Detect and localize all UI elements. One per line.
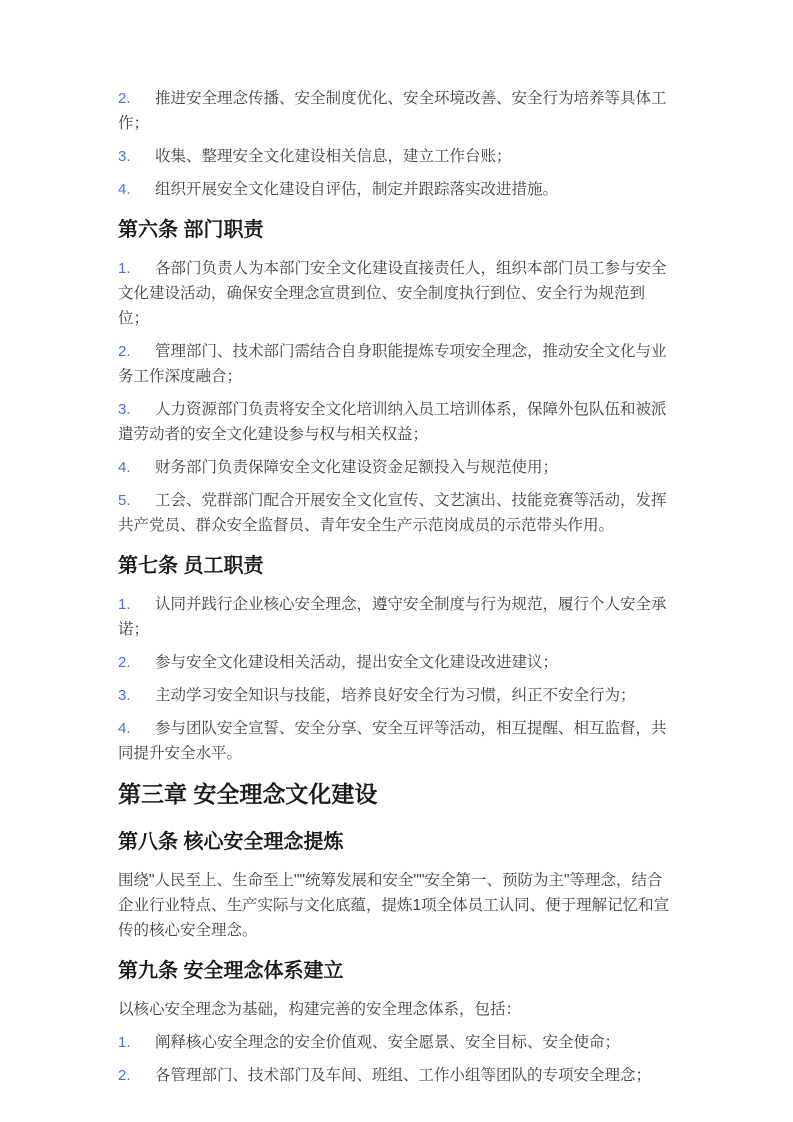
paragraph: 围绕"人民至上、生命至上""统筹发展和安全""安全第一、预防为主"等理念，结合企… xyxy=(118,868,675,943)
list-number: 3. xyxy=(118,683,155,708)
list-item-text: 推进安全理念传播、安全制度优化、安全环境改善、安全行为培养等具体工作； xyxy=(118,90,667,132)
list-item-text: 各管理部门、技术部门及车间、班组、工作小组等团队的专项安全理念； xyxy=(155,1067,651,1084)
list-item: 2.各管理部门、技术部门及车间、班组、工作小组等团队的专项安全理念； xyxy=(118,1063,675,1088)
list-item: 1.认同并践行企业核心安全理念，遵守安全制度与行为规范，履行个人安全承诺； xyxy=(118,592,675,642)
section-heading: 第六条 部门职责 xyxy=(118,216,675,244)
list-item: 3.主动学习安全知识与技能，培养良好安全行为习惯，纠正不安全行为； xyxy=(118,683,675,708)
list-item-text: 参与团队安全宣誓、安全分享、安全互评等活动，相互提醒、相互监督，共同提升安全水平… xyxy=(118,720,667,762)
list-item-text: 认同并践行企业核心安全理念，遵守安全制度与行为规范，履行个人安全承诺； xyxy=(118,596,667,638)
list-number: 2. xyxy=(118,650,155,675)
list-item-text: 主动学习安全知识与技能，培养良好安全行为习惯，纠正不安全行为； xyxy=(155,687,636,704)
paragraph: 以核心安全理念为基础，构建完善的安全理念体系，包括： xyxy=(118,997,675,1022)
list-item-text: 参与安全文化建设相关活动，提出安全文化建设改进建议； xyxy=(155,654,558,671)
list-number: 4. xyxy=(118,716,155,741)
list-number: 2. xyxy=(118,86,155,111)
list-number: 1. xyxy=(118,592,155,617)
list-item: 4.财务部门负责保障安全文化建设资金足额投入与规范使用； xyxy=(118,455,675,480)
list-item-text: 组织开展安全文化建设自评估，制定并跟踪落实改进措施。 xyxy=(155,181,558,198)
list-item-text: 各部门负责人为本部门安全文化建设直接责任人，组织本部门员工参与安全文化建设活动，… xyxy=(118,260,667,327)
document-body: 2.推进安全理念传播、安全制度优化、安全环境改善、安全行为培养等具体工作；3.收… xyxy=(0,0,793,1088)
list-item-text: 人力资源部门负责将安全文化培训纳入员工培训体系，保障外包队伍和被派遣劳动者的安全… xyxy=(118,401,667,443)
list-item: 2.推进安全理念传播、安全制度优化、安全环境改善、安全行为培养等具体工作； xyxy=(118,86,675,136)
chapter-heading: 第三章 安全理念文化建设 xyxy=(118,778,675,810)
list-item: 1.各部门负责人为本部门安全文化建设直接责任人，组织本部门员工参与安全文化建设活… xyxy=(118,256,675,331)
list-number: 4. xyxy=(118,455,155,480)
list-number: 1. xyxy=(118,256,155,281)
list-item: 1.阐释核心安全理念的安全价值观、安全愿景、安全目标、安全使命； xyxy=(118,1030,675,1055)
section-heading: 第八条 核心安全理念提炼 xyxy=(118,828,675,856)
section-heading: 第七条 员工职责 xyxy=(118,552,675,580)
list-number: 3. xyxy=(118,397,155,422)
list-item-text: 财务部门负责保障安全文化建设资金足额投入与规范使用； xyxy=(155,459,558,476)
list-item-text: 工会、党群部门配合开展安全文化宣传、文艺演出、技能竞赛等活动，发挥共产党员、群众… xyxy=(118,492,667,534)
list-number: 4. xyxy=(118,177,155,202)
list-item-text: 收集、整理安全文化建设相关信息，建立工作台账； xyxy=(155,148,512,165)
list-number: 3. xyxy=(118,144,155,169)
list-number: 5. xyxy=(118,488,155,513)
list-item: 2.管理部门、技术部门需结合自身职能提炼专项安全理念，推动安全文化与业务工作深度… xyxy=(118,339,675,389)
list-item-text: 阐释核心安全理念的安全价值观、安全愿景、安全目标、安全使命； xyxy=(155,1034,620,1051)
document-page: 2.推进安全理念传播、安全制度优化、安全环境改善、安全行为培养等具体工作；3.收… xyxy=(0,0,793,1122)
list-item-text: 管理部门、技术部门需结合自身职能提炼专项安全理念，推动安全文化与业务工作深度融合… xyxy=(118,343,667,385)
list-item: 4.组织开展安全文化建设自评估，制定并跟踪落实改进措施。 xyxy=(118,177,675,202)
list-item: 4.参与团队安全宣誓、安全分享、安全互评等活动，相互提醒、相互监督，共同提升安全… xyxy=(118,716,675,766)
list-number: 2. xyxy=(118,339,155,364)
list-item: 3.人力资源部门负责将安全文化培训纳入员工培训体系，保障外包队伍和被派遣劳动者的… xyxy=(118,397,675,447)
list-item: 3.收集、整理安全文化建设相关信息，建立工作台账； xyxy=(118,144,675,169)
list-number: 1. xyxy=(118,1030,155,1055)
list-item: 2.参与安全文化建设相关活动，提出安全文化建设改进建议； xyxy=(118,650,675,675)
section-heading: 第九条 安全理念体系建立 xyxy=(118,957,675,985)
list-item: 5.工会、党群部门配合开展安全文化宣传、文艺演出、技能竞赛等活动，发挥共产党员、… xyxy=(118,488,675,538)
list-number: 2. xyxy=(118,1063,155,1088)
